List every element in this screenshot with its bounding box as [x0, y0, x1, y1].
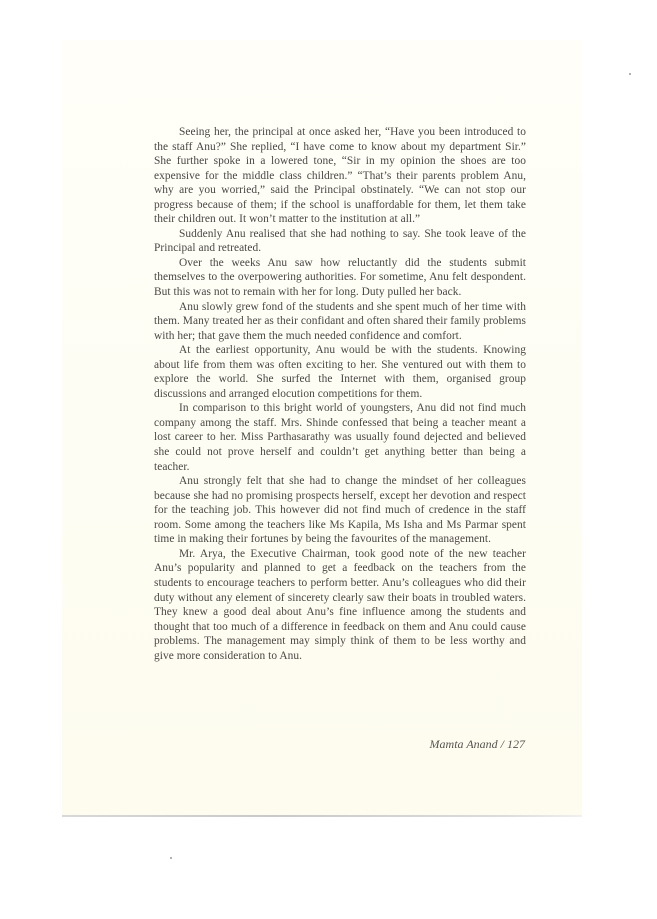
scan-speck — [170, 857, 172, 859]
page-bottom-edge-shadow — [62, 815, 582, 817]
page-footer-author-page-number: Mamta Anand / 127 — [390, 737, 525, 752]
paragraph: Seeing her, the principal at once asked … — [154, 125, 526, 227]
paragraph: Mr. Arya, the Executive Chairman, took g… — [154, 547, 526, 663]
body-text: Seeing her, the principal at once asked … — [154, 125, 526, 663]
paragraph: At the earliest opportunity, Anu would b… — [154, 343, 526, 401]
paragraph: Anu slowly grew fond of the students and… — [154, 300, 526, 344]
paragraph: In comparison to this bright world of yo… — [154, 401, 526, 474]
scan-speck — [629, 73, 631, 75]
paragraph: Anu strongly felt that she had to change… — [154, 474, 526, 547]
paragraph: Over the weeks Anu saw how reluctantly d… — [154, 256, 526, 300]
paragraph: Suddenly Anu realised that she had nothi… — [154, 227, 526, 256]
